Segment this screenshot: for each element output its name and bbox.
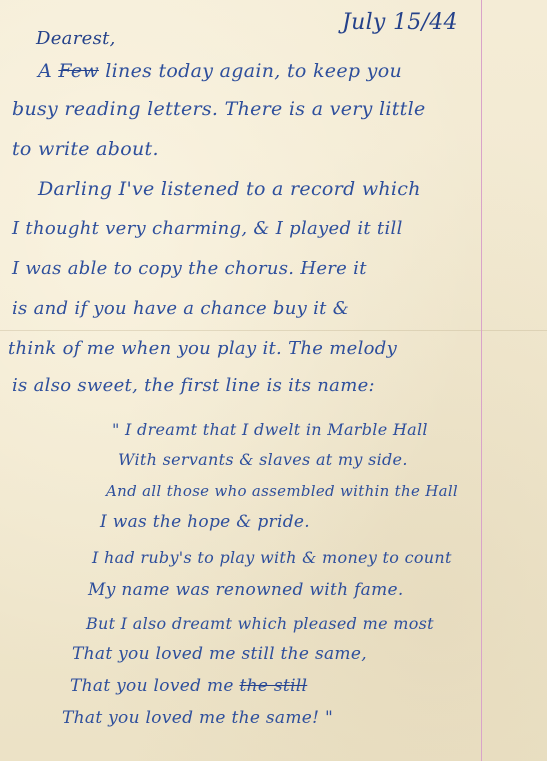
letter-date: July 15/44 xyxy=(342,10,458,35)
line-text: That you loved me xyxy=(70,676,239,696)
song-line: That you loved me still the same, xyxy=(72,644,367,664)
song-line: I had ruby's to play with & money to cou… xyxy=(92,548,452,567)
song-line: That you loved me the same! " xyxy=(62,708,333,728)
song-line: But I also dreamt which pleased me most xyxy=(86,614,434,633)
song-line: And all those who assembled within the H… xyxy=(106,482,458,500)
song-line: My name was renowned with fame. xyxy=(88,580,404,600)
body-line: A Few lines today again, to keep you xyxy=(38,60,402,82)
paper-fold xyxy=(0,330,547,331)
song-line: I was the hope & pride. xyxy=(100,512,310,532)
line-text: lines today again, to keep you xyxy=(99,60,402,82)
song-line: With servants & slaves at my side. xyxy=(118,450,408,469)
body-line: to write about. xyxy=(12,138,159,160)
song-line: That you loved me the still xyxy=(70,676,307,696)
song-line: " I dreamt that I dwelt in Marble Hall xyxy=(112,420,428,439)
body-line: is also sweet, the first line is its nam… xyxy=(12,375,375,396)
body-line: Darling I've listened to a record which xyxy=(38,178,421,200)
struck-word: Few xyxy=(58,60,99,82)
salutation: Dearest, xyxy=(36,28,116,49)
body-line: I was able to copy the chorus. Here it xyxy=(12,258,367,279)
struck-word: the still xyxy=(239,676,307,696)
line-text: A xyxy=(38,60,58,82)
body-line: I thought very charming, & I played it t… xyxy=(12,218,403,239)
letter-page: July 15/44 Dearest, A Few lines today ag… xyxy=(0,0,547,761)
body-line: is and if you have a chance buy it & xyxy=(12,298,349,319)
body-line: think of me when you play it. The melody xyxy=(8,338,397,359)
body-line: busy reading letters. There is a very li… xyxy=(12,98,426,120)
margin-line xyxy=(481,0,482,761)
